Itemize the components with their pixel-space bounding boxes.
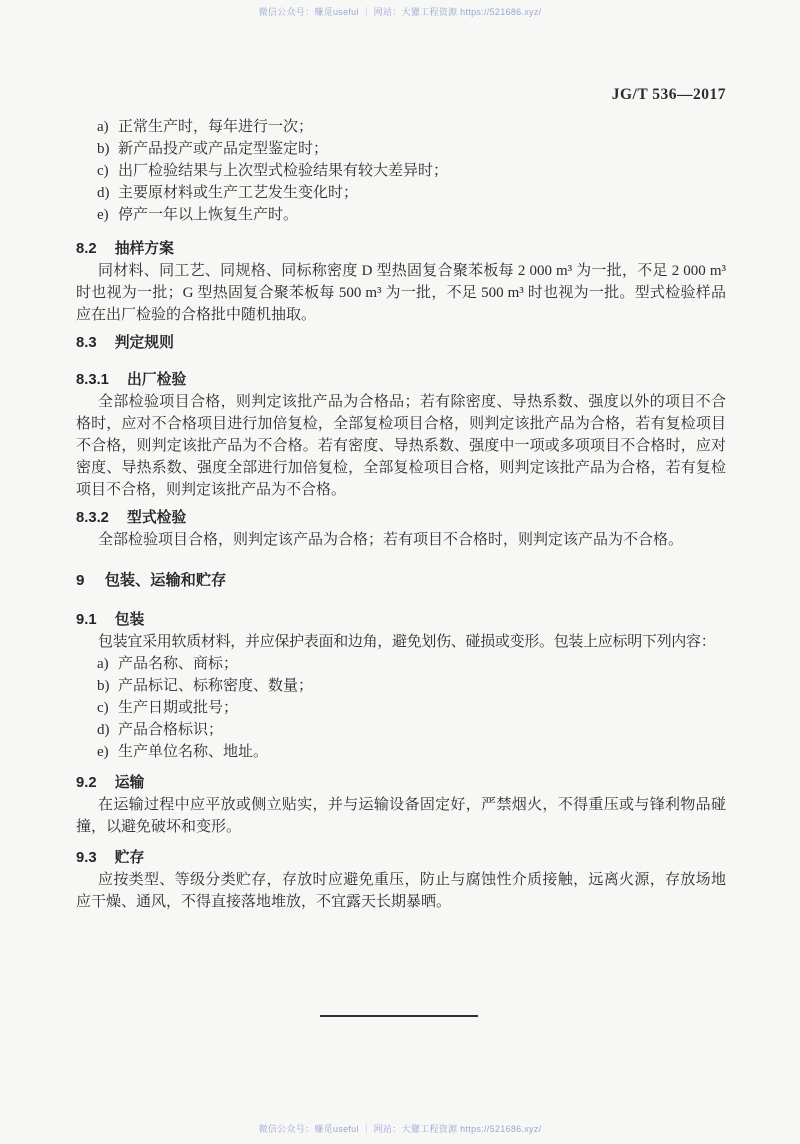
list-item: c) 生产日期或批号； [76,697,726,719]
list-marker: b) [97,675,118,697]
section-title: 判定规则 [115,335,174,351]
section-title: 运输 [115,775,145,791]
document-content: JG/T 536—2017 a) 正常生产时，每年进行一次； b) 新产品投产或… [76,84,726,913]
list-text: 新产品投产或产品定型鉴定时； [118,138,328,160]
list-item: e) 停产一年以上恢复生产时。 [76,204,726,226]
section-number: 8.3.1 [76,372,109,388]
list-marker: a) [97,653,118,675]
section-heading-8-3: 8.3 判定规则 [76,332,726,354]
section-heading-8-3-2: 8.3.2 型式检验 [76,507,726,529]
chapter-heading-9: 9 包装、运输和贮存 [76,570,726,592]
paragraph-8-3-1: 全部检验项目合格，则判定该批产品为合格品；若有除密度、导热系数、强度以外的项目不… [76,391,726,501]
list-item: b) 新产品投产或产品定型鉴定时； [76,138,726,160]
list-item: d) 产品合格标识； [76,719,726,741]
list-text: 生产日期或批号； [118,697,238,719]
section-heading-9-3: 9.3 贮存 [76,847,726,869]
list-marker: e) [97,741,118,763]
list-item: b) 产品标记、标称密度、数量； [76,675,726,697]
section-heading-9-2: 9.2 运输 [76,772,726,794]
section-title: 型式检验 [127,510,186,526]
list-text: 产品名称、商标； [118,653,238,675]
list-marker: b) [97,138,118,160]
list-item: d) 主要原材料或生产工艺发生变化时； [76,182,726,204]
list-marker: d) [97,182,118,204]
section-title: 抽样方案 [115,241,174,257]
list-marker: a) [97,116,118,138]
list-text: 生产单位名称、地址。 [118,741,268,763]
section-number: 8.2 [76,241,97,257]
paragraph-9-2: 在运输过程中应平放或侧立贴实，并与运输设备固定好，严禁烟火，不得重压或与锋利物品… [76,794,726,838]
watermark-bottom: 微信公众号：赚觅useful ｜ 网站：大獾工程资源 https://52168… [0,1122,800,1135]
section-number: 9.3 [76,850,97,866]
section-number: 9.1 [76,612,97,628]
section-heading-8-3-1: 8.3.1 出厂检验 [76,369,726,391]
section-number: 8.3.2 [76,510,109,526]
paragraph-9-3: 应按类型、等级分类贮存，存放时应避免重压，防止与腐蚀性介质接触，远离火源，存放场… [76,869,726,913]
doc-number: JG/T 536—2017 [76,84,726,106]
list-text: 主要原材料或生产工艺发生变化时； [118,182,358,204]
section-title: 包装 [115,612,145,628]
paragraph-9-1: 包装宜采用软质材料，并应保护表面和边角，避免划伤、碰损或变形。包装上应标明下列内… [76,631,726,653]
list-text: 出厂检验结果与上次型式检验结果有较大差异时； [118,160,448,182]
list-item: e) 生产单位名称、地址。 [76,741,726,763]
watermark-top: 微信公众号：赚觅useful ｜ 网站：大獾工程资源 https://52168… [0,5,800,18]
document-page: 微信公众号：赚觅useful ｜ 网站：大獾工程资源 https://52168… [0,0,800,1144]
paragraph-8-2: 同材料、同工艺、同规格、同标称密度 D 型热固复合聚苯板每 2 000 m³ 为… [76,260,726,326]
type-inspection-conditions-list: a) 正常生产时，每年进行一次； b) 新产品投产或产品定型鉴定时； c) 出厂… [76,116,726,226]
packaging-marking-list: a) 产品名称、商标； b) 产品标记、标称密度、数量； c) 生产日期或批号；… [76,653,726,763]
list-text: 正常生产时，每年进行一次； [118,116,313,138]
list-text: 停产一年以上恢复生产时。 [118,204,298,226]
end-of-text-rule [320,1015,478,1017]
section-number: 8.3 [76,335,97,351]
list-marker: c) [97,160,118,182]
list-item: a) 产品名称、商标； [76,653,726,675]
section-title: 出厂检验 [127,372,186,388]
list-text: 产品合格标识； [118,719,223,741]
list-marker: d) [97,719,118,741]
chapter-number: 9 [76,572,84,589]
list-marker: c) [97,697,118,719]
section-number: 9.2 [76,775,97,791]
section-heading-8-2: 8.2 抽样方案 [76,238,726,260]
list-item: a) 正常生产时，每年进行一次； [76,116,726,138]
list-item: c) 出厂检验结果与上次型式检验结果有较大差异时； [76,160,726,182]
section-heading-9-1: 9.1 包装 [76,609,726,631]
list-marker: e) [97,204,118,226]
list-text: 产品标记、标称密度、数量； [118,675,313,697]
section-title: 贮存 [115,850,145,866]
chapter-title: 包装、运输和贮存 [105,572,227,589]
paragraph-8-3-2: 全部检验项目合格，则判定该产品为合格；若有项目不合格时，则判定该产品为不合格。 [76,529,726,551]
